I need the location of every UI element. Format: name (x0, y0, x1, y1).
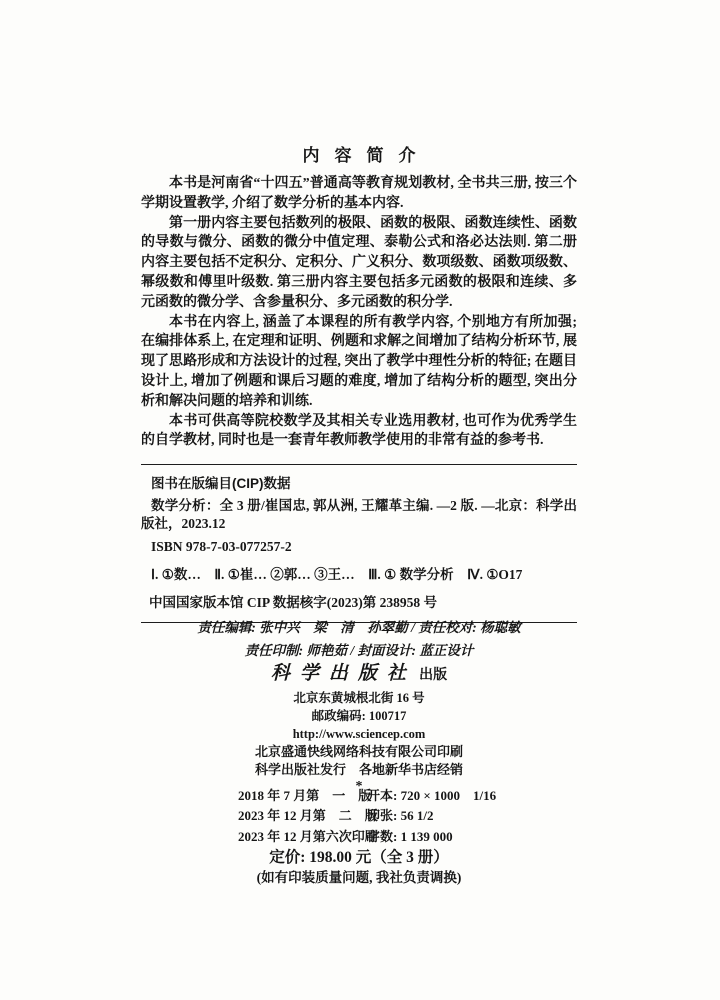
intro-paragraph: 本书可供高等院校数学及其相关专业选用教材, 也可作为优秀学生的自学教材, 同时也… (141, 412, 577, 452)
publisher-section: 科学出版社 出版 北京东黄城根北街 16 号 邮政编码: 100717 http… (141, 662, 577, 794)
format-spec: 开本: 720 × 1000 1/16 (367, 786, 558, 806)
publisher-postcode: 邮政编码: 100717 (141, 707, 577, 725)
science-press-logo: 科学出版社 (271, 663, 416, 684)
publisher-logo-line: 科学出版社 出版 (141, 662, 577, 688)
distribution-line: 科学出版社发行 各地新华书店经销 (141, 761, 577, 779)
intro-paragraph: 本书是河南省“十四五”普通高等教育规划教材, 全书共三册, 按三个学期设置教学,… (141, 174, 577, 214)
cip-isbn: ISBN 978-7-03-077257-2 (151, 539, 577, 555)
credits-editors-line: 责任编辑: 张中兴 梁 清 孙翠勤 / 责任校对: 杨聪敏 (141, 616, 577, 639)
sheets-spec: 印张: 56 1/2 (367, 806, 558, 826)
cip-section: 图书在版编目(CIP)数据 数学分析：全 3 册/崔国忠, 郭从洲, 王耀革主编… (141, 464, 577, 623)
print-info-row: 2023 年 12 月第 二 版 印张: 56 1/2 (238, 806, 558, 826)
credits-print-design-line: 责任印制: 师艳茹 / 封面设计: 蓝正设计 (141, 639, 577, 662)
cip-heading: 图书在版编目(CIP)数据 (151, 472, 577, 492)
intro-paragraph: 本书在内容上, 涵盖了本课程的所有教学内容, 个别地方有所加强; 在编排体系上,… (141, 313, 577, 412)
page-title: 内容简介 (141, 141, 577, 166)
price-line: 定价: 198.00 元（全 3 册） (141, 845, 577, 867)
cip-record-number: 中国国家版本馆 CIP 数据核字(2023)第 238958 号 (149, 591, 577, 611)
book-copyright-page: 内容简介 本书是河南省“十四五”普通高等教育规划教材, 全书共三册, 按三个学期… (0, 0, 720, 1000)
quality-note: (如有印装质量问题, 我社负责调换) (141, 866, 577, 886)
cip-description: 数学分析：全 3 册/崔国忠, 郭从洲, 王耀革主编. —2 版. —北京：科学… (141, 497, 577, 532)
edition-date: 2018 年 7 月第 一 版 (238, 786, 367, 806)
publish-label: 出版 (419, 668, 447, 683)
intro-paragraph: 第一册内容主要包括数列的极限、函数的极限、函数连续性、函数的导数与微分、函数的微… (141, 214, 577, 313)
cip-classification: Ⅰ. ①数… Ⅱ. ①崔… ②郭… ③王… Ⅲ. ① 数学分析 Ⅳ. ①O17 (151, 563, 577, 583)
page-content: 内容简介 本书是河南省“十四五”普通高等教育规划教材, 全书共三册, 按三个学期… (141, 0, 577, 1000)
printing-date: 2023 年 12 月第六次印刷 (238, 827, 367, 847)
publisher-website: http://www.sciencep.com (141, 725, 577, 743)
publisher-address: 北京东黄城根北街 16 号 (141, 689, 577, 707)
content-summary: 本书是河南省“十四五”普通高等教育规划教材, 全书共三册, 按三个学期设置教学,… (141, 174, 577, 451)
print-info-row: 2023 年 12 月第六次印刷 字数: 1 139 000 (238, 827, 558, 847)
word-count-spec: 字数: 1 139 000 (367, 827, 558, 847)
edition-date: 2023 年 12 月第 二 版 (238, 806, 367, 826)
credits-section: 责任编辑: 张中兴 梁 清 孙翠勤 / 责任校对: 杨聪敏 责任印制: 师艳茹 … (141, 616, 577, 662)
print-info-section: 2018 年 7 月第 一 版 开本: 720 × 1000 1/16 2023… (238, 786, 558, 847)
print-info-row: 2018 年 7 月第 一 版 开本: 720 × 1000 1/16 (238, 786, 558, 806)
printer-line: 北京盛通快线网络科技有限公司印刷 (141, 743, 577, 761)
